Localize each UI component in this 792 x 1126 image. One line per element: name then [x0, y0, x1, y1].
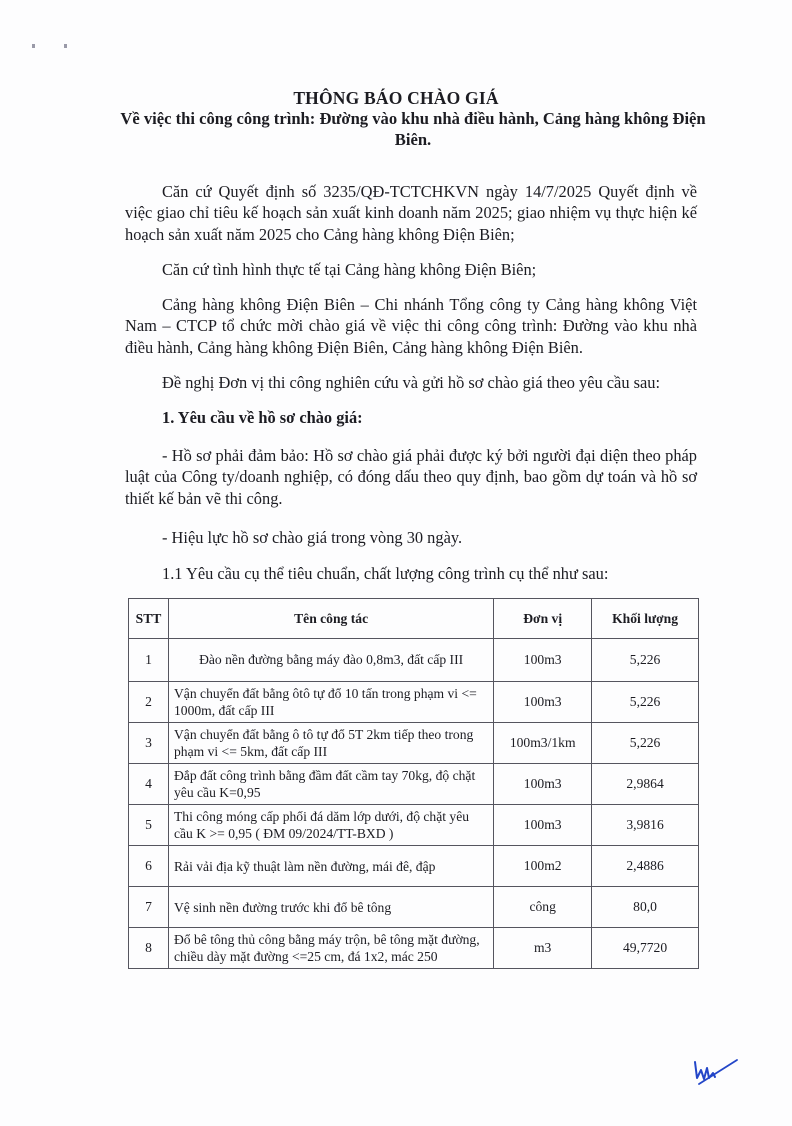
cell-quantity: 2,9864 [592, 764, 699, 805]
cell-stt: 1 [129, 639, 169, 682]
cell-work-name: Thi công móng cấp phối đá dăm lớp dưới, … [168, 805, 493, 846]
cell-work-name: Đổ bê tông thủ công bằng máy trộn, bê tô… [168, 928, 493, 969]
header-work-name: Tên công tác [168, 599, 493, 639]
cell-unit: 100m3 [494, 764, 592, 805]
document-subtitle: Về việc thi công công trình: Đường vào k… [118, 108, 708, 150]
cell-quantity: 5,226 [592, 639, 699, 682]
table-row: 8Đổ bê tông thủ công bằng máy trộn, bê t… [129, 928, 699, 969]
cell-unit: công [494, 887, 592, 928]
cell-stt: 2 [129, 682, 169, 723]
cell-work-name: Đào nền đường bằng máy đào 0,8m3, đất cấ… [168, 639, 493, 682]
table-row: 7Vệ sinh nền đường trước khi đổ bê tôngc… [129, 887, 699, 928]
table-row: 2Vận chuyển đất bằng ôtô tự đổ 10 tấn tr… [129, 682, 699, 723]
works-table: STT Tên công tác Đơn vị Khối lượng 1Đào … [128, 598, 699, 969]
cell-unit: 100m3 [494, 805, 592, 846]
table-row: 6Rải vải địa kỹ thuật làm nền đường, mái… [129, 846, 699, 887]
cell-unit: 100m3/1km [494, 723, 592, 764]
table-row: 3Vận chuyển đất bằng ô tô tự đổ 5T 2km t… [129, 723, 699, 764]
paragraph-invitation: Cảng hàng không Điện Biên – Chi nhánh Tổ… [125, 294, 697, 358]
cell-quantity: 2,4886 [592, 846, 699, 887]
cell-quantity: 3,9816 [592, 805, 699, 846]
table-row: 4Đắp đất công trình bằng đầm đất cầm tay… [129, 764, 699, 805]
requirement-item-validity: - Hiệu lực hồ sơ chào giá trong vòng 30 … [125, 527, 697, 548]
paragraph-request: Đề nghị Đơn vị thi công nghiên cứu và gử… [125, 372, 697, 393]
section-heading-quality-standards: 1.1 Yêu cầu cụ thể tiêu chuẩn, chất lượn… [125, 563, 697, 584]
cell-quantity: 5,226 [592, 723, 699, 764]
cell-quantity: 80,0 [592, 887, 699, 928]
table-row: 5Thi công móng cấp phối đá dăm lớp dưới,… [129, 805, 699, 846]
header-quantity: Khối lượng [592, 599, 699, 639]
cell-quantity: 5,226 [592, 682, 699, 723]
section-heading-requirements: 1. Yêu cầu về hồ sơ chào giá: [162, 408, 363, 428]
header-unit: Đơn vị [494, 599, 592, 639]
cell-unit: 100m2 [494, 846, 592, 887]
cell-work-name: Rải vải địa kỹ thuật làm nền đường, mái … [168, 846, 493, 887]
cell-work-name: Vận chuyển đất bằng ôtô tự đổ 10 tấn tro… [168, 682, 493, 723]
paragraph-actual-situation: Căn cứ tình hình thực tế tại Cảng hàng k… [125, 259, 697, 280]
cell-stt: 6 [129, 846, 169, 887]
cell-work-name: Vận chuyển đất bằng ô tô tự đổ 5T 2km ti… [168, 723, 493, 764]
cell-stt: 7 [129, 887, 169, 928]
signature-initials-icon [685, 1048, 745, 1088]
cell-stt: 4 [129, 764, 169, 805]
cell-work-name: Vệ sinh nền đường trước khi đổ bê tông [168, 887, 493, 928]
cell-unit: m3 [494, 928, 592, 969]
requirement-item-signature: - Hồ sơ phải đảm bảo: Hồ sơ chào giá phả… [125, 445, 697, 509]
cell-unit: 100m3 [494, 639, 592, 682]
cell-stt: 5 [129, 805, 169, 846]
scan-artifact [30, 44, 68, 50]
table-header-row: STT Tên công tác Đơn vị Khối lượng [129, 599, 699, 639]
cell-quantity: 49,7720 [592, 928, 699, 969]
header-stt: STT [129, 599, 169, 639]
cell-stt: 3 [129, 723, 169, 764]
cell-stt: 8 [129, 928, 169, 969]
table-row: 1Đào nền đường bằng máy đào 0,8m3, đất c… [129, 639, 699, 682]
cell-unit: 100m3 [494, 682, 592, 723]
cell-work-name: Đắp đất công trình bằng đầm đất cầm tay … [168, 764, 493, 805]
paragraph-legal-basis: Căn cứ Quyết định số 3235/QĐ-TCTCHKVN ng… [125, 181, 697, 245]
document-title: THÔNG BÁO CHÀO GIÁ [0, 88, 792, 109]
